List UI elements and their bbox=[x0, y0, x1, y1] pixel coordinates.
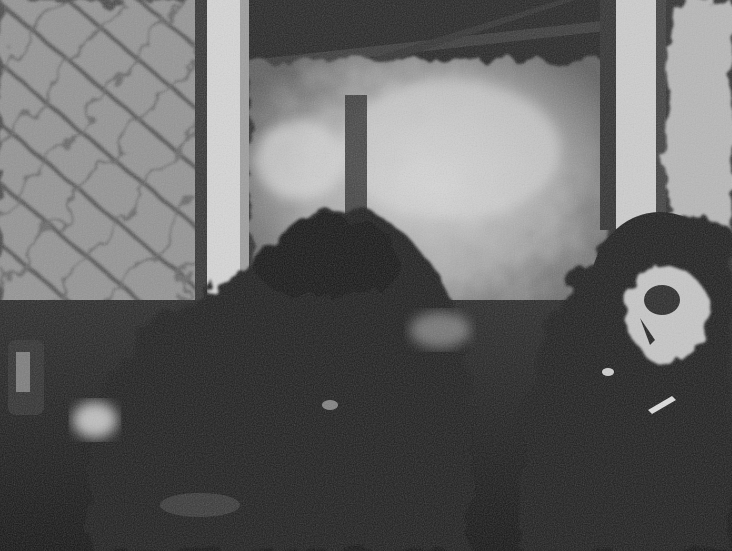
photograph bbox=[0, 0, 732, 551]
film-grain bbox=[0, 0, 732, 551]
photo-scene bbox=[0, 0, 732, 551]
